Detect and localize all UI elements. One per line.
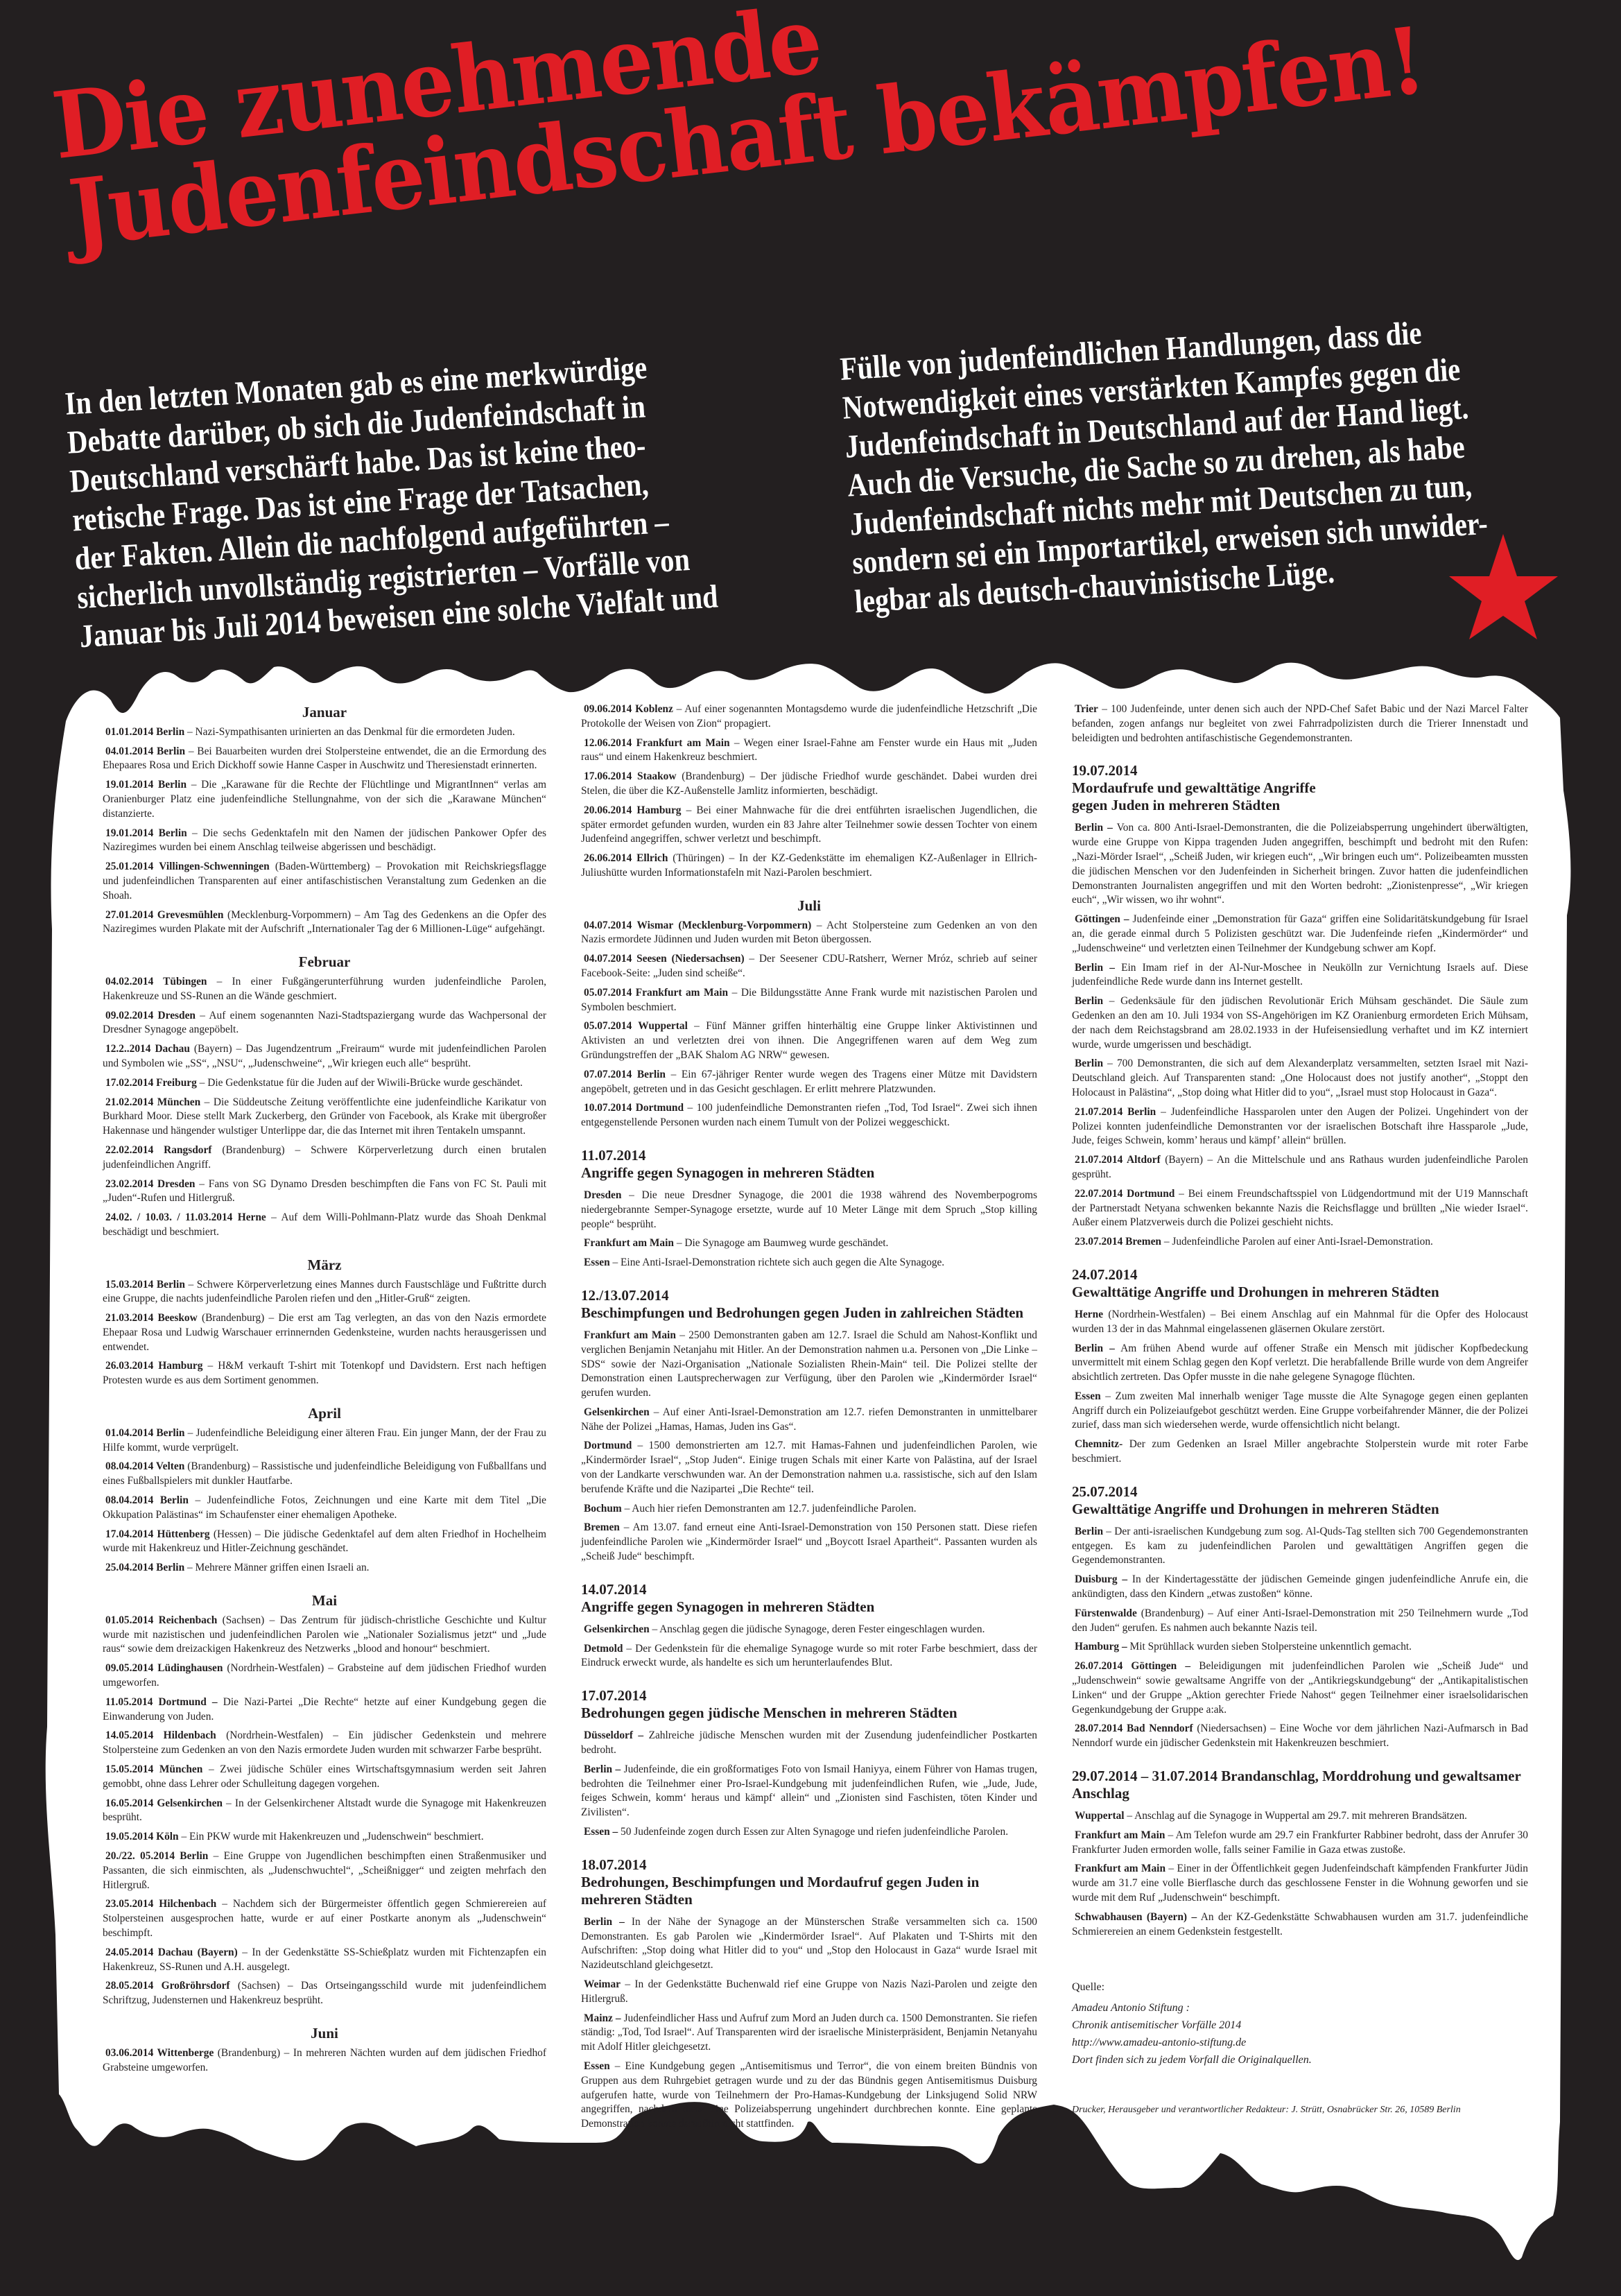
incident-entry: 19.05.2014 Köln – Ein PKW wurde mit Hake… [103,1830,546,1845]
incident-entry: 15.03.2014 Berlin – Schwere Körperverlet… [103,1278,546,1307]
source-note: Dort finden sich zu jedem Vorfall die Or… [1072,2051,1528,2069]
incident-entry: Bremen – Am 13.07. fand erneut eine Anti… [581,1521,1037,1564]
incident-entry: 11.05.2014 Dortmund – Die Nazi-Partei „D… [103,1695,546,1725]
incident-entry: 16.05.2014 Gelsenkirchen – In der Gelsen… [103,1797,546,1826]
source-org: Amadeu Antonio Stiftung : [1072,1999,1528,2017]
incident-entry: Frankfurt am Main – Am Telefon wurde am … [1072,1829,1528,1858]
incident-chronicle: Januar 01.01.2014 Berlin – Nazi-Sympathi… [103,702,1541,2137]
month-heading-januar: Januar [103,705,546,720]
incident-entry: Göttingen – Judenfeinde einer „Demonstra… [1072,913,1528,956]
source-label: Quelle: [1072,1980,1528,1995]
incident-entry: Herne (Nordrhein-Westfalen) – Bei einem … [1072,1308,1528,1337]
incident-entry: 20./22. 05.2014 Berlin – Eine Gruppe von… [103,1849,546,1892]
incident-entry: 23.05.2014 Hilchenbach – Nachdem sich de… [103,1897,546,1940]
incident-entry: Essen – Zum zweiten Mal innerhalb wenige… [1072,1390,1528,1433]
incident-entry: Wuppertal – Anschlag auf die Synagoge in… [1072,1809,1528,1824]
red-star-icon [1449,534,1560,641]
incident-entry: 04.07.2014 Wismar (Mecklenburg-Vorpommer… [581,919,1037,948]
section-heading-19-07: 19.07.2014 Mordaufrufe und gewalttätige … [1072,762,1528,814]
section-heading-18-07: 18.07.2014 Bedrohungen, Beschimpfungen u… [581,1856,1037,1908]
incident-entry: Hamburg – Mit Sprühllack wurden sieben S… [1072,1640,1528,1655]
section-heading-12-13-07: 12./13.07.2014 Beschimpfungen und Bedroh… [581,1287,1037,1322]
source-url: http://www.amadeu-antonio-stiftung.de [1072,2034,1528,2051]
incident-entry: 21.07.2014 Berlin – Judenfeindliche Hass… [1072,1105,1528,1148]
incident-entry: 24.05.2014 Dachau (Bayern) – In der Gede… [103,1946,546,1975]
incident-entry: 01.05.2014 Reichenbach (Sachsen) – Das Z… [103,1614,546,1657]
incident-entry: 17.04.2014 Hüttenberg (Hessen) – Die jüd… [103,1528,546,1557]
month-heading-april: April [103,1406,546,1421]
incident-entry: 26.03.2014 Hamburg – H&M verkauft T-shir… [103,1359,546,1388]
incident-entry: 21.02.2014 München – Die Süddeutsche Zei… [103,1096,546,1139]
section-heading-25-07: 25.07.2014 Gewalttätige Angriffe und Dro… [1072,1483,1528,1518]
incident-entry: 04.01.2014 Berlin – Bei Bauarbeiten wurd… [103,745,546,774]
incident-entry: Mainz – Judenfeindlicher Hass und Aufruf… [581,2012,1037,2055]
incident-entry: Berlin – 700 Demonstranten, die sich auf… [1072,1057,1528,1100]
incident-entry: 21.07.2014 Altdorf (Bayern) – An die Mit… [1072,1153,1528,1182]
incident-entry: Essen – Eine Kundgebung gegen „Antisemit… [581,2060,1037,2132]
incident-entry: 05.07.2014 Frankfurt am Main – Die Bildu… [581,986,1037,1015]
incident-entry: 28.05.2014 Großröhrsdorf (Sachsen) – Das… [103,1979,546,2008]
section-heading-24-07: 24.07.2014 Gewalttätige Angriffe und Dro… [1072,1266,1528,1301]
incident-entry: 19.01.2014 Berlin – Die „Karawane für di… [103,778,546,821]
incident-entry: Detmold – Der Gedenkstein für die ehemal… [581,1642,1037,1671]
incident-entry: Frankfurt am Main – Die Synagoge am Baum… [581,1236,1037,1251]
column-2: 09.06.2014 Koblenz – Auf einer sogenannt… [581,702,1037,2137]
incident-entry: Essen – Eine Anti-Israel-Demonstration r… [581,1256,1037,1270]
incident-entry: Schwabhausen (Bayern) – An der KZ-Gedenk… [1072,1910,1528,1940]
incident-entry: 26.07.2014 Göttingen – Beleidigungen mit… [1072,1659,1528,1717]
incident-entry: 14.05.2014 Hildenbach (Nordrhein-Westfal… [103,1729,546,1758]
section-heading-29-31-07: 29.07.2014 – 31.07.2014 Brandanschlag, M… [1072,1768,1528,1802]
source-title: Chronik antisemitischer Vorfälle 2014 [1072,2017,1528,2034]
incident-entry: Frankfurt am Main – Einer in der Öffentl… [1072,1862,1528,1905]
incident-entry: 27.01.2014 Grevesmühlen (Mecklenburg-Vor… [103,908,546,938]
incident-entry: 15.05.2014 München – Zwei jüdische Schül… [103,1763,546,1792]
incident-entry: Berlin – In der Nähe der Synagoge an der… [581,1915,1037,1973]
incident-entry: 04.07.2014 Seesen (Niedersachsen) – Der … [581,952,1037,981]
incident-entry: Berlin – Am frühen Abend wurde auf offen… [1072,1342,1528,1385]
incident-entry: 05.07.2014 Wuppertal – Fünf Männer griff… [581,1019,1037,1062]
incident-entry: 07.07.2014 Berlin – Ein 67-jähriger Rent… [581,1068,1037,1097]
incident-entry: Fürstenwalde (Brandenburg) – Auf einer A… [1072,1607,1528,1636]
section-heading-11-07: 11.07.2014 Angriffe gegen Synagogen in m… [581,1147,1037,1182]
incident-entry: Berlin – Gedenksäule für den jüdischen R… [1072,994,1528,1052]
incident-entry: 22.02.2014 Rangsdorf (Brandenburg) – Sch… [103,1143,546,1173]
incident-entry: 10.07.2014 Dortmund – 100 judenfeindlich… [581,1101,1037,1130]
source-block: Quelle: Amadeu Antonio Stiftung : Chroni… [1072,1980,1528,2069]
incident-entry: Chemnitz- Der zum Gedenken an Israel Mil… [1072,1438,1528,1467]
incident-entry: 12.2..2014 Dachau (Bayern) – Das Jugendz… [103,1042,546,1071]
poster-headline: Die zunehmende Judenfeindschaft bekämpfe… [49,0,1495,259]
incident-entry: 23.02.2014 Dresden – Fans von SG Dynamo … [103,1177,546,1207]
incident-entry: Düsseldorf – Zahlreiche jüdische Mensche… [581,1729,1037,1758]
incident-entry: Dresden – Die neue Dresdner Synagoge, di… [581,1189,1037,1232]
incident-entry: Frankfurt am Main – 2500 Demonstranten g… [581,1329,1037,1401]
incident-entry: Gelsenkirchen – Auf einer Anti-Israel-De… [581,1406,1037,1435]
incident-entry: 20.06.2014 Hamburg – Bei einer Mahnwache… [581,804,1037,847]
incident-entry: Dortmund – 1500 demonstrierten am 12.7. … [581,1439,1037,1496]
incident-entry: 25.01.2014 Villingen-Schwenningen (Baden… [103,860,546,903]
incident-entry: Berlin – Von ca. 800 Anti-Israel-Demonst… [1072,821,1528,908]
incident-entry: 09.05.2014 Lüdinghausen (Nordrhein-Westf… [103,1661,546,1691]
incident-entry: 09.06.2014 Koblenz – Auf einer sogenannt… [581,702,1037,732]
incident-entry: 08.04.2014 Velten (Brandenburg) – Rassis… [103,1460,546,1489]
incident-entry: 01.01.2014 Berlin – Nazi-Sympathisanten … [103,725,546,740]
incident-entry: Duisburg – In der Kindertagesstätte der … [1072,1573,1528,1602]
incident-entry: 03.06.2014 Wittenberge (Brandenburg) – I… [103,2046,546,2075]
incident-entry: 23.07.2014 Bremen – Judenfeindliche Paro… [1072,1235,1528,1250]
month-heading-juli: Juli [581,899,1037,913]
incident-entry: Berlin – Der anti-israelischen Kundgebun… [1072,1525,1528,1568]
incident-entry: 22.07.2014 Dortmund – Bei einem Freundsc… [1072,1187,1528,1230]
incident-entry: 28.07.2014 Bad Nenndorf (Niedersachsen) … [1072,1722,1528,1751]
incident-entry: Berlin – Judenfeinde, die ein großformat… [581,1763,1037,1820]
incident-entry: 26.06.2014 Ellrich (Thüringen) – In der … [581,852,1037,881]
incident-entry: Gelsenkirchen – Anschlag gegen die jüdis… [581,1623,1037,1637]
column-1: Januar 01.01.2014 Berlin – Nazi-Sympathi… [103,702,546,2137]
incident-entry: 24.02. / 10.03. / 11.03.2014 Herne – Auf… [103,1211,546,1240]
incident-entry: Trier – 100 Judenfeinde, unter denen sic… [1072,702,1528,745]
incident-entry: 12.06.2014 Frankfurt am Main – Wegen ein… [581,736,1037,766]
incident-entry: Essen – 50 Judenfeinde zogen durch Essen… [581,1825,1037,1840]
incident-entry: 01.04.2014 Berlin – Judenfeindliche Bele… [103,1426,546,1456]
incident-entry: 04.02.2014 Tübingen – In einer Fußgänger… [103,975,546,1004]
month-heading-mai: Mai [103,1594,546,1608]
incident-entry: 25.04.2014 Berlin – Mehrere Männer griff… [103,1561,546,1576]
imprint: Drucker, Herausgeber und verantwortliche… [1072,2103,1528,2118]
incident-entry: 21.03.2014 Beeskow (Brandenburg) – Die e… [103,1311,546,1354]
incident-entry: 17.06.2014 Staakow (Brandenburg) – Der j… [581,770,1037,799]
incident-entry: 19.01.2014 Berlin – Die sechs Gedenktafe… [103,827,546,856]
month-heading-juni: Juni [103,2026,546,2041]
incident-entry: Berlin – Ein Imam rief in der Al-Nur-Mos… [1072,961,1528,990]
intro-paragraph-left: In den letzten Monaten gab es eine merkw… [64,338,823,657]
month-heading-maerz: März [103,1258,546,1272]
section-heading-17-07: 17.07.2014 Bedrohungen gegen jüdische Me… [581,1687,1037,1722]
incident-entry: 08.04.2014 Berlin – Judenfeindliche Foto… [103,1494,546,1523]
month-heading-februar: Februar [103,955,546,969]
column-3: Trier – 100 Judenfeinde, unter denen sic… [1072,702,1528,2137]
incident-entry: Weimar – In der Gedenkstätte Buchenwald … [581,1978,1037,2007]
incident-entry: 17.02.2014 Freiburg – Die Gedenkstatue f… [103,1076,546,1091]
section-heading-14-07: 14.07.2014 Angriffe gegen Synagogen in m… [581,1581,1037,1616]
incident-entry: 09.02.2014 Dresden – Auf einem sogenannt… [103,1009,546,1038]
incident-entry: Bochum – Auch hier riefen Demonstranten … [581,1502,1037,1517]
